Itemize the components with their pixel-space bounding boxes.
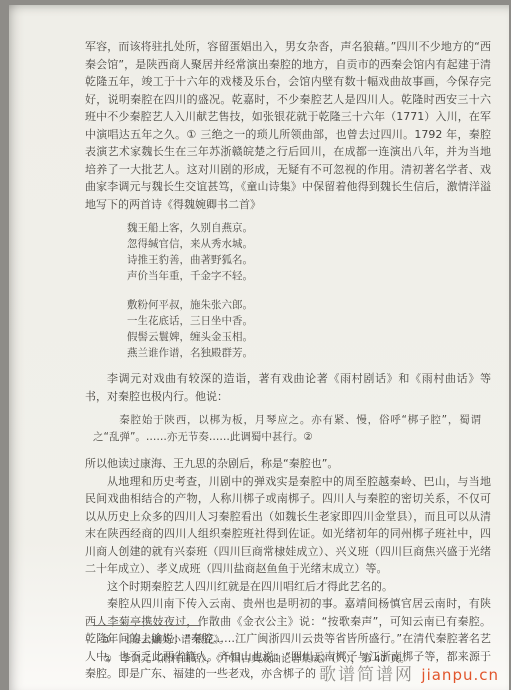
poem-line: 忽得缄官信，来从秀水城。 (127, 236, 491, 252)
poem-line: 燕兰谁作谱，名独殿群芳。 (127, 345, 491, 361)
paragraph: 所以他读过康海、王九思的杂剧后，称是“秦腔也”。 (85, 455, 491, 473)
poem-line: 魏王船上客，久别自燕京。 (127, 220, 491, 236)
paragraph: 从地理和历史考查，川剧中的弹戏实是秦腔中的周至腔越秦岭、巴山，与当地民间戏曲相结… (85, 473, 491, 578)
poem-line: 声价当年重，千金字不轻。 (127, 268, 491, 284)
paragraph: 这个时期秦腔艺人四川红就是在四川唱红后才得此艺名的。 (85, 578, 491, 596)
footnote-divider (93, 625, 201, 626)
footnote-marker: ① (103, 631, 112, 650)
poem-line: 一生花底话，三日坐中香。 (127, 313, 491, 329)
watermark-site-url: jianpu.cn (421, 666, 499, 684)
main-text-column: 军容，而该将驻扎处所，容留蛋娼出入，男女杂沓，声名狼藉。”四川不少地方的“西秦会… (85, 38, 491, 683)
watermark-site-name: 歌谱简谱网 (319, 665, 414, 685)
footnote-item: ① 《秦云撷英小谱·银花》。 (85, 631, 491, 650)
poem-line: 假髻云鬟婢，缠头金玉相。 (127, 329, 491, 345)
poem-block: 魏王船上客，久别自燕京。 忽得缄官信，来从秀水城。 诗推王豹善，曲著野狐名。 声… (127, 220, 491, 361)
book-page: 军容，而该将驻扎处所，容留蛋娼出入，男女杂沓，声名狼藉。”四川不少地方的“西秦会… (9, 5, 509, 690)
paragraph: 李调元对戏曲有较深的造诣，著有戏曲论著《雨村剧话》和《雨村曲话》等书，对秦腔也极… (85, 370, 491, 405)
footnote-marker: ② (103, 650, 112, 669)
block-quotation: 秦腔始于陕西，以梆为板，月琴应之。亦有紧、慢，俗呼“梆子腔”，蜀谓之“乱弹”。…… (93, 412, 481, 446)
poem-line: 诗推王豹善，曲著野狐名。 (127, 252, 491, 268)
paragraph-continuation: 军容，而该将驻扎处所，容留蛋娼出入，男女杂沓，声名狼藉。”四川不少地方的“西秦会… (85, 38, 491, 213)
poem-stanza-2: 敷粉何平叔，施朱张六郎。 一生花底话，三日坐中香。 假髻云鬟婢，缠头金玉相。 燕… (127, 297, 491, 361)
poem-stanza-1: 魏王船上客，久别自燕京。 忽得缄官信，来从秀水城。 诗推王豹善，曲著野狐名。 声… (127, 220, 491, 284)
poem-line: 敷粉何平叔，施朱张六郎。 (127, 297, 491, 313)
watermark: 歌谱简谱网 jianpu.cn (319, 660, 499, 685)
footnote-text: 《秦云撷英小谱·银花》。 (121, 631, 229, 650)
